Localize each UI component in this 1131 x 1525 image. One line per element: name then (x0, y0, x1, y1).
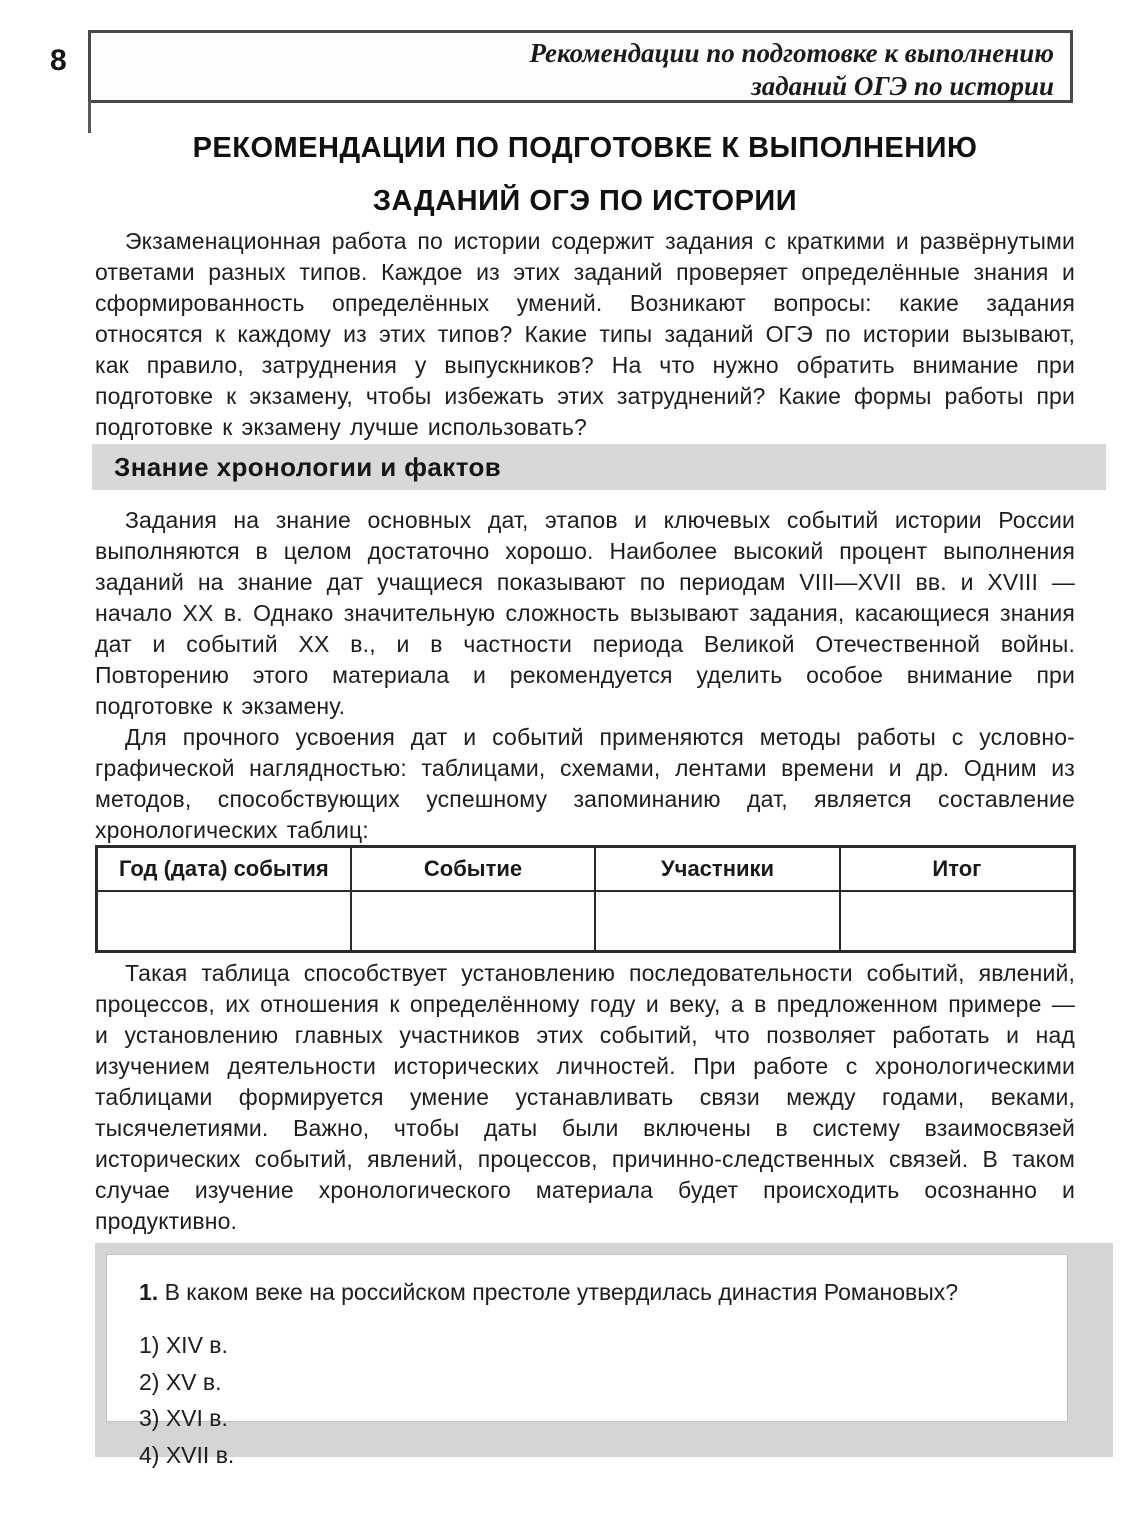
question-option-3: 3) XVI в. (139, 1400, 234, 1437)
page-title-line2: ЗАДАНИЙ ОГЭ ПО ИСТОРИИ (95, 175, 1075, 228)
question-text: В каком веке на российском престоле утве… (165, 1279, 959, 1305)
running-header-line1: Рекомендации по подготовке к выполнению (529, 37, 1054, 70)
running-header-line2: заданий ОГЭ по истории (529, 70, 1054, 103)
table-row (97, 891, 1075, 952)
table-cell-empty (595, 891, 840, 952)
table-cell-empty (351, 891, 596, 952)
question-options: 1) XIV в. 2) XV в. 3) XVI в. 4) XVII в. (139, 1327, 234, 1473)
section-paragraph-2: Для прочного усвоения дат и событий прим… (95, 722, 1075, 846)
section-paragraph-3: Такая таблица способствует установлению … (95, 958, 1075, 1237)
question-option-2: 2) XV в. (139, 1364, 234, 1401)
question-panel: 1. В каком веке на российском престоле у… (95, 1243, 1113, 1457)
table-cell-empty (97, 891, 351, 952)
table-header-row: Год (дата) события Событие Участники Ито… (97, 847, 1075, 892)
page-number: 8 (50, 44, 67, 78)
table-header-participants: Участники (595, 847, 840, 892)
table-header-event: Событие (351, 847, 596, 892)
question-option-1: 1) XIV в. (139, 1327, 234, 1364)
page-title: РЕКОМЕНДАЦИИ ПО ПОДГОТОВКЕ К ВЫПОЛНЕНИЮ … (95, 122, 1075, 228)
question-text-line: 1. В каком веке на российском престоле у… (139, 1277, 1039, 1308)
intro-paragraph: Экзаменационная работа по истории содерж… (95, 226, 1075, 443)
question-option-4: 4) XVII в. (139, 1437, 234, 1474)
page-title-line1: РЕКОМЕНДАЦИИ ПО ПОДГОТОВКЕ К ВЫПОЛНЕНИЮ (95, 122, 1075, 175)
question-number: 1. (139, 1279, 158, 1305)
section-paragraph-1: Задания на знание основных дат, этапов и… (95, 505, 1075, 722)
table-header-year: Год (дата) события (97, 847, 351, 892)
section-heading: Знание хронологии и фактов (114, 444, 501, 490)
section-heading-band: Знание хронологии и фактов (92, 444, 1106, 490)
chronology-table: Год (дата) события Событие Участники Ито… (95, 845, 1076, 953)
table-cell-empty (840, 891, 1075, 952)
header-frame-tick (88, 101, 91, 133)
table-header-result: Итог (840, 847, 1075, 892)
running-header-box: Рекомендации по подготовке к выполнению … (88, 30, 1073, 103)
running-header-text: Рекомендации по подготовке к выполнению … (529, 37, 1054, 103)
question-card: 1. В каком веке на российском престоле у… (106, 1254, 1068, 1422)
